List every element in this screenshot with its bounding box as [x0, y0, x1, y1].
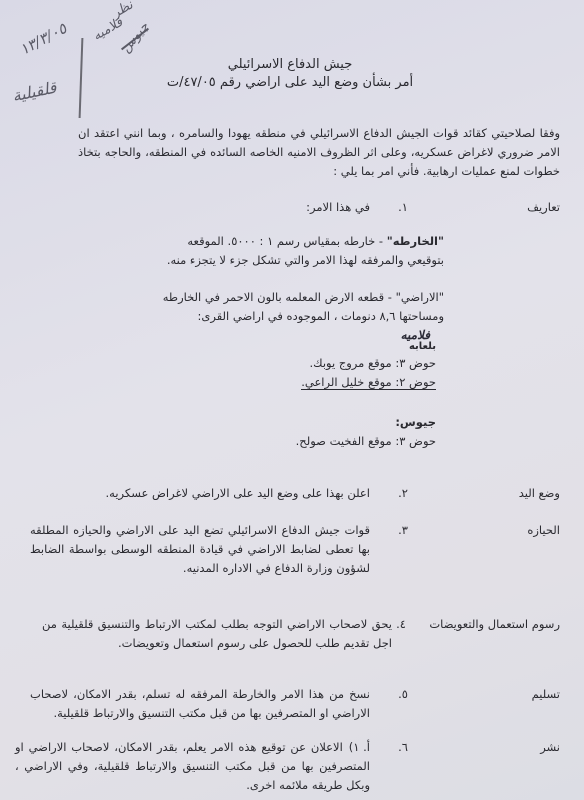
section-body: يحق لاصحاب الاراضي التوجه بطلب لمكتب الا… — [42, 615, 392, 653]
section-number: ٦. — [394, 738, 412, 757]
section-body: في هذا الامر: — [170, 198, 370, 217]
handwritten-location: قلقيلية — [11, 78, 59, 106]
section-label: وضع اليد — [460, 484, 560, 503]
village-list-2: جيوس: حوض ٣: موقع الفخيت صولح. — [296, 413, 436, 451]
plot-item: حوض ٣: موقع الفخيت صولح. — [296, 432, 436, 451]
document-header: جيش الدفاع الاسرائيلي أمر بشأن وضع اليد … — [140, 56, 440, 92]
order-title: أمر بشأن وضع اليد على اراضي رقم ٤٧/٠٥/ت — [140, 74, 440, 92]
section-label: تعاريف — [460, 198, 560, 217]
section-number: ٣. — [394, 521, 412, 540]
scanned-document: ١٣/٣/٠٥ قلقيلية فلاميه نظر جيوس جيش الدف… — [0, 0, 584, 800]
plot-item-underlined: حوض ٢: موقع خليل الراعي. — [301, 375, 436, 390]
village-name: جيوس: — [296, 413, 436, 432]
intro-paragraph: وفقا لصلاحيتي كقائد قوات الجيش الدفاع ال… — [78, 124, 560, 181]
handwritten-date: ١٣/٣/٠٥ — [17, 19, 70, 59]
village-name: بلعابه — [301, 340, 436, 354]
definition-term: "الاراضي" — [396, 290, 444, 304]
section-body: اعلن بهذا على وضع اليد على الاراضي لاغرا… — [30, 484, 370, 503]
plot-item: حوض ٣: موقع مروج يوبك. — [301, 354, 436, 373]
definition-term: "الخارطه" — [387, 234, 444, 248]
issuing-authority: جيش الدفاع الاسرائيلي — [140, 56, 440, 74]
section-body: أ. ١)الاعلان عن توقيع هذه الامر يعلم، بق… — [15, 738, 370, 795]
section-number: ٤. — [392, 615, 410, 634]
section-body: نسخ من هذا الامر والخارطة المرفقه له تسل… — [30, 685, 370, 723]
handwritten-stroke — [79, 38, 84, 118]
section-label: رسوم استعمال والتعويضات — [420, 615, 560, 634]
section-number: ١. — [394, 198, 412, 217]
section-label: الحيازه — [460, 521, 560, 540]
sub-item-marker: أ. ١) — [349, 738, 370, 757]
village-list-1: بلعابه حوض ٣: موقع مروج يوبك. حوض ٢: موق… — [301, 340, 436, 392]
section-number: ٥. — [394, 685, 412, 704]
section-number: ٢. — [394, 484, 412, 503]
section-label: تسليم — [460, 685, 560, 704]
plot-item: حوض ٢: موقع خليل الراعي. — [301, 373, 436, 392]
section-label: نشر — [460, 738, 560, 757]
definition-map: "الخارطه" - خارطه بمقياس رسم ١ : ٥٠٠٠. ا… — [149, 232, 444, 270]
section-body: قوات جيش الدفاع الاسرائيلي تضع اليد على … — [30, 521, 370, 578]
definition-lands: "الاراضي" - قطعه الارض المعلمه بالون الا… — [149, 288, 444, 326]
sub-item-text: الاعلان عن توقيع هذه الامر يعلم، بقدر ال… — [15, 740, 370, 792]
